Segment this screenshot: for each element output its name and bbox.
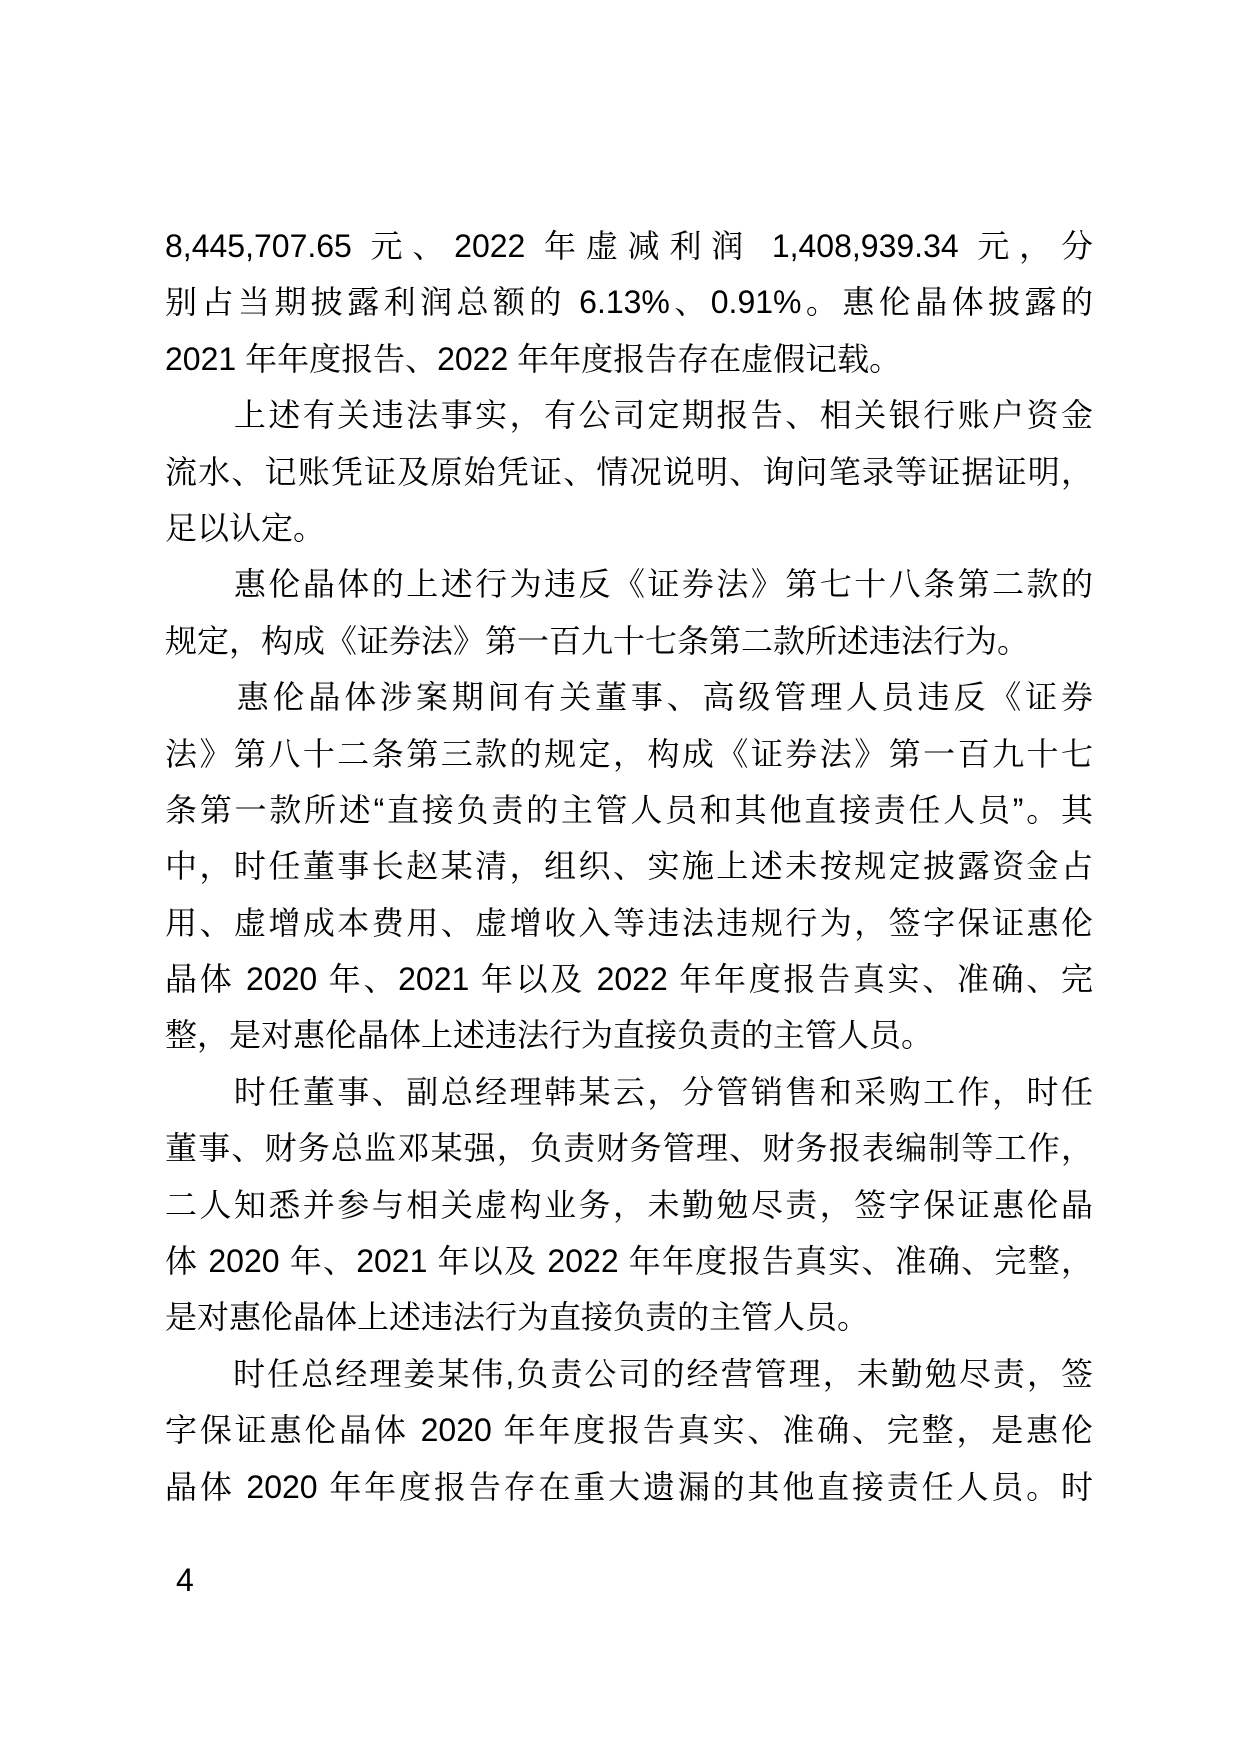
text-line: 字保证惠伦晶体 2020 年年度报告真实、准确、完整，是惠伦 [165, 1402, 1093, 1458]
text-line: 晶体 2020 年年度报告存在重大遗漏的其他直接责任人员。时 [165, 1459, 1093, 1515]
document-body: 8,445,707.65 元、2022 年虚减利润 1,408,939.34 元… [165, 218, 1093, 1515]
text-line: 整，是对惠伦晶体上述违法行为直接负责的主管人员。 [165, 1007, 1093, 1063]
text-line: 流水、记账凭证及原始凭证、情况说明、询问笔录等证据证明， [165, 444, 1093, 500]
text-line: 条第一款所述“直接负责的主管人员和其他直接责任人员”。其 [165, 782, 1093, 838]
text-line: 是对惠伦晶体上述违法行为直接负责的主管人员。 [165, 1289, 1093, 1345]
text-line: 足以认定。 [165, 500, 1093, 556]
text-line: 中，时任董事长赵某清，组织、实施上述未按规定披露资金占 [165, 838, 1093, 894]
text-line: 用、虚增成本费用、虚增收入等违法违规行为，签字保证惠伦 [165, 895, 1093, 951]
text-line: 二人知悉并参与相关虚构业务，未勤勉尽责，签字保证惠伦晶 [165, 1177, 1093, 1233]
text-line: 晶体 2020 年、2021 年以及 2022 年年度报告真实、准确、完 [165, 951, 1093, 1007]
text-line: 董事、财务总监邓某强，负责财务管理、财务报表编制等工作， [165, 1120, 1093, 1176]
text-line: 2021 年年度报告、2022 年年度报告存在虚假记载。 [165, 331, 1093, 387]
text-line: 规定，构成《证券法》第一百九十七条第二款所述违法行为。 [165, 613, 1093, 669]
document-page: 8,445,707.65 元、2022 年虚减利润 1,408,939.34 元… [0, 0, 1241, 1754]
text-line: 8,445,707.65 元、2022 年虚减利润 1,408,939.34 元… [165, 218, 1093, 274]
text-line: 上述有关违法事实，有公司定期报告、相关银行账户资金 [165, 387, 1093, 443]
text-line: 时任总经理姜某伟,负责公司的经营管理，未勤勉尽责，签 [165, 1346, 1093, 1402]
text-line: 时任董事、副总经理韩某云，分管销售和采购工作，时任 [165, 1064, 1093, 1120]
text-line: 惠伦晶体的上述行为违反《证券法》第七十八条第二款的 [165, 556, 1093, 612]
text-line: 惠伦晶体涉案期间有关董事、高级管理人员违反《证券 [165, 669, 1093, 725]
page-number: 4 [176, 1562, 194, 1598]
text-line: 体 2020 年、2021 年以及 2022 年年度报告真实、准确、完整， [165, 1233, 1093, 1289]
text-line: 别占当期披露利润总额的 6.13%、0.91%。惠伦晶体披露的 [165, 274, 1093, 330]
text-line: 法》第八十二条第三款的规定，构成《证券法》第一百九十七 [165, 726, 1093, 782]
